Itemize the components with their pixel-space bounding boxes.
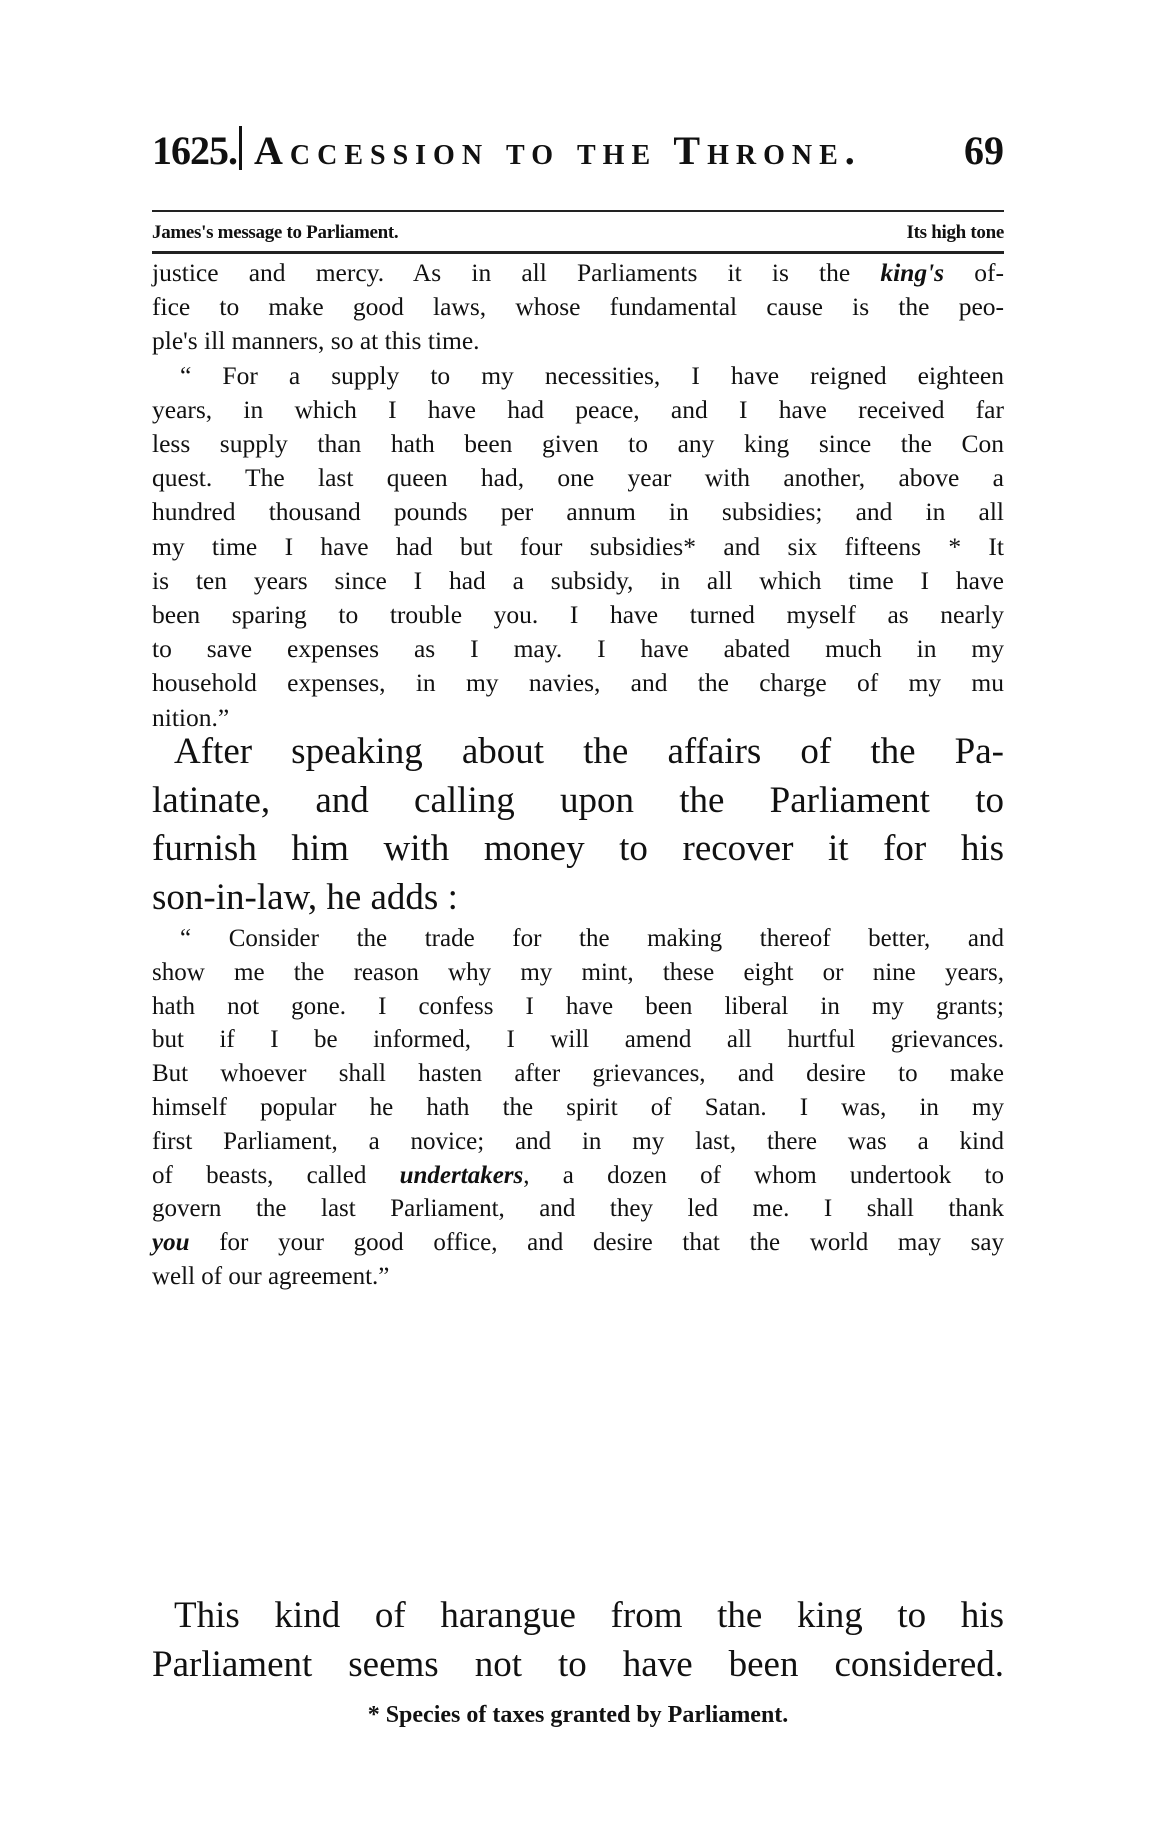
sidenote-left: James's message to Parliament. [152, 222, 398, 244]
quote-second-speech: “ Consider the trade for the making ther… [152, 922, 1004, 1294]
quote-line: but if I be informed, I will amend all h… [152, 1023, 1004, 1057]
header-rule-bottom [152, 251, 1004, 254]
opening-text: justice and mercy. As in all Parliaments… [152, 256, 1004, 735]
quote-line: household expenses, in my navies, and th… [152, 666, 1004, 700]
quote-line: “ For a supply to my necessities, I have… [152, 359, 1004, 393]
quote-line: to save expenses as I may. I have abated… [152, 632, 1004, 666]
italic-word: undertakers [400, 1162, 524, 1189]
quote-line: “ Consider the trade for the making ther… [152, 922, 1004, 956]
narrative-line: latinate, and calling upon the Parliamen… [152, 777, 1004, 826]
narrative-line: This kind of harangue from the king to h… [152, 1592, 1004, 1641]
quote-line: hath not gone. I confess I have been lib… [152, 990, 1004, 1024]
quote-line: show me the reason why my mint, these ei… [152, 956, 1004, 990]
marginal-headings: James's message to Parliament. Its high … [152, 218, 1004, 248]
text-line: fice to make good laws, whose fundamenta… [152, 290, 1004, 324]
header-rule-top [152, 210, 1004, 212]
quote-line: first Parliament, a novice; and in my la… [152, 1125, 1004, 1159]
bracket-rule [239, 126, 242, 170]
quote-line: well of our agreement.” [152, 1260, 1004, 1294]
narrative-paragraph-1: After speaking about the affairs of the … [152, 728, 1004, 922]
running-head-year: 1625. [152, 126, 250, 174]
footnote: * Species of taxes granted by Parliament… [152, 1702, 1004, 1729]
running-head-title: Accession to the Throne. [250, 127, 964, 174]
narrative-line: furnish him with money to recover it for… [152, 825, 1004, 874]
quote-line: less supply than hath been given to any … [152, 427, 1004, 461]
quote-line: been sparing to trouble you. I have turn… [152, 598, 1004, 632]
quote-first-speech: “ For a supply to my necessities, I have… [152, 359, 1004, 735]
text-line: justice and mercy. As in all Parliaments… [152, 256, 1004, 290]
quote-line: my time I have had but four subsidies* a… [152, 530, 1004, 564]
running-head: 1625. Accession to the Throne. 69 [152, 126, 1004, 176]
sidenote-right: Its high tone [907, 222, 1004, 244]
quote-line: is ten years since I had a subsidy, in a… [152, 564, 1004, 598]
page-number: 69 [964, 127, 1004, 174]
quote-line: himself popular he hath the spirit of Sa… [152, 1091, 1004, 1125]
quote-line: hundred thousand pounds per annum in sub… [152, 495, 1004, 529]
quote-line: of beasts, called undertakers, a dozen o… [152, 1159, 1004, 1193]
quote-line: quest. The last queen had, one year with… [152, 461, 1004, 495]
narrative-line: son-in-law, he adds : [152, 874, 1004, 923]
text-line: ple's ill manners, so at this time. [152, 324, 1004, 358]
italic-word: king's [880, 258, 944, 287]
narrative-line: After speaking about the affairs of the … [152, 728, 1004, 777]
quote-line: you for your good office, and desire tha… [152, 1226, 1004, 1260]
italic-word: you [152, 1229, 190, 1256]
quote-line: But whoever shall hasten after grievance… [152, 1057, 1004, 1091]
quote-line: govern the last Parliament, and they led… [152, 1192, 1004, 1226]
narrative-line: Parliament seems not to have been consid… [152, 1641, 1004, 1690]
quote-line: years, in which I have had peace, and I … [152, 393, 1004, 427]
narrative-paragraph-2: This kind of harangue from the king to h… [152, 1592, 1004, 1689]
